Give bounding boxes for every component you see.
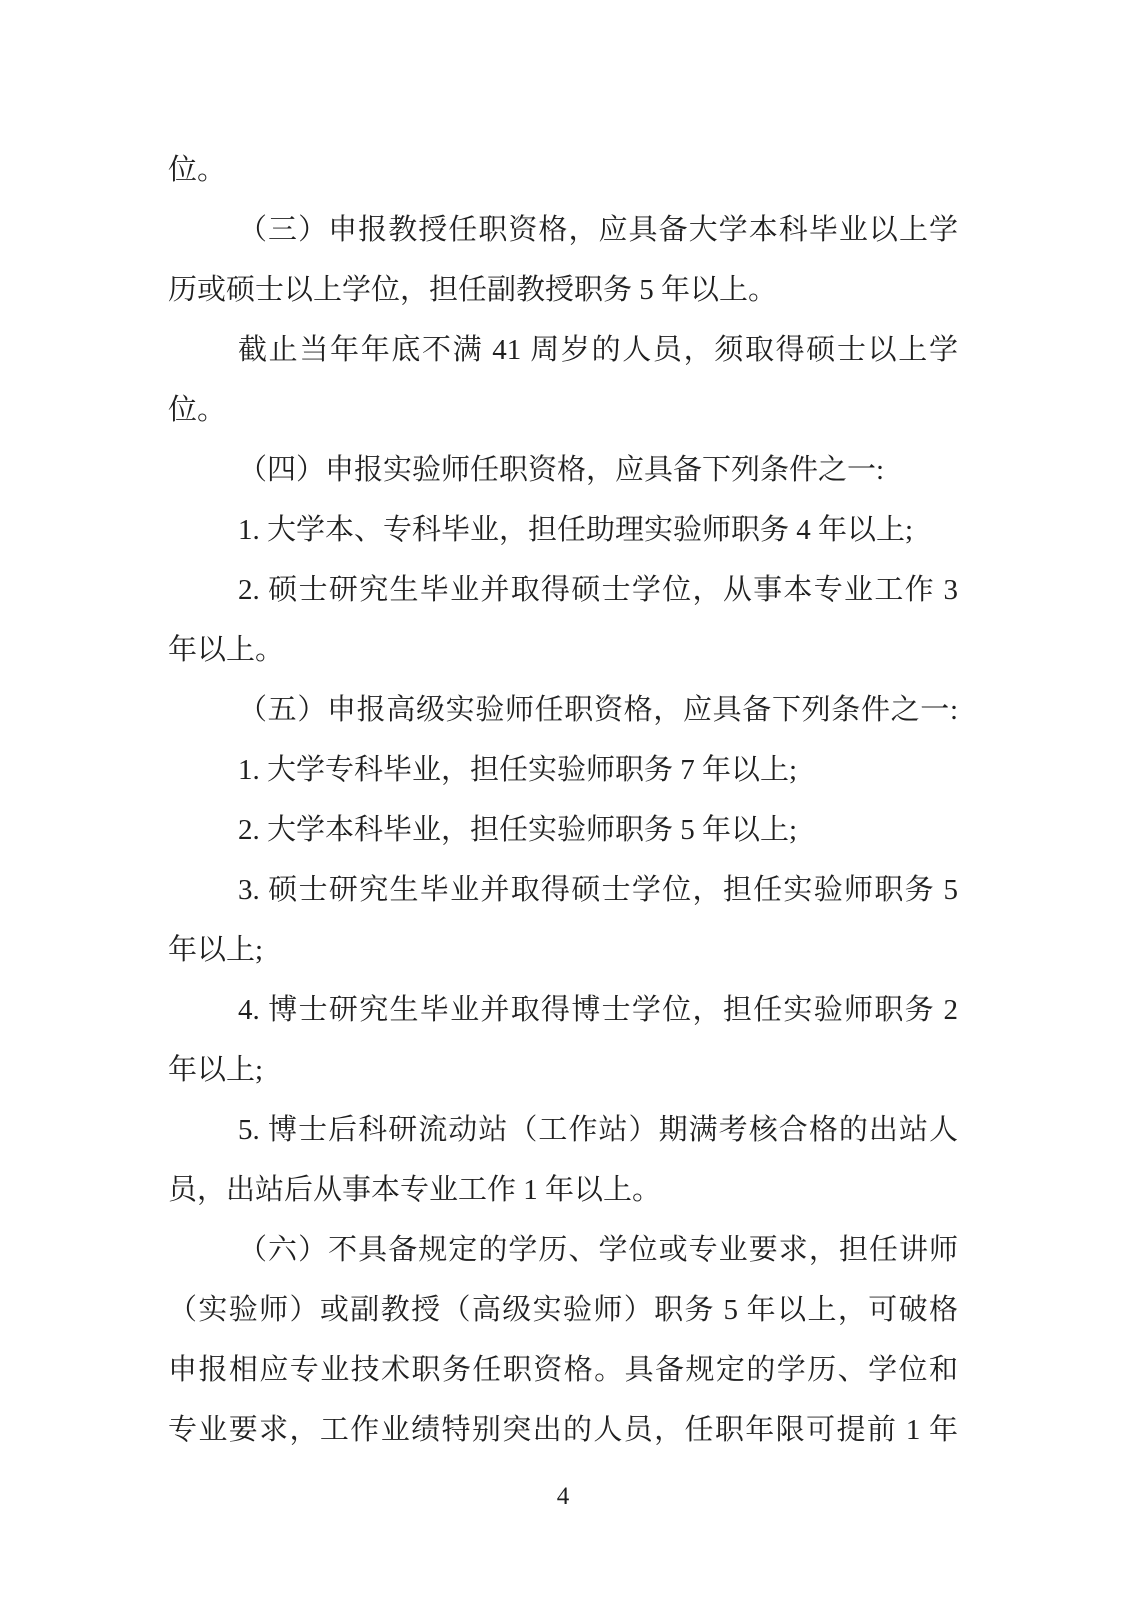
text-line: （三）申报教授任职资格，应具备大学本科毕业以上学 [168, 200, 958, 260]
text-line: 年以上; [168, 920, 958, 980]
text-line: 申报相应专业技术职务任职资格。具备规定的学历、学位和 [168, 1340, 958, 1400]
text-line: 专业要求，工作业绩特别突出的人员，任职年限可提前 1 年 [168, 1400, 958, 1460]
text-line: 截止当年年底不满 41 周岁的人员，须取得硕士以上学 [168, 320, 958, 380]
text-line: 5. 博士后科研流动站（工作站）期满考核合格的出站人 [168, 1100, 958, 1160]
text-line: 1. 大学本、专科毕业，担任助理实验师职务 4 年以上; [168, 500, 958, 560]
text-line: （实验师）或副教授（高级实验师）职务 5 年以上，可破格 [168, 1280, 958, 1340]
text-line: 4. 博士研究生毕业并取得博士学位，担任实验师职务 2 [168, 980, 958, 1040]
text-line: （六）不具备规定的学历、学位或专业要求，担任讲师 [168, 1220, 958, 1280]
text-line: （五）申报高级实验师任职资格，应具备下列条件之一: [168, 680, 958, 740]
text-line: （四）申报实验师任职资格，应具备下列条件之一: [168, 440, 958, 500]
text-line: 1. 大学专科毕业，担任实验师职务 7 年以上; [168, 740, 958, 800]
text-line: 2. 大学本科毕业，担任实验师职务 5 年以上; [168, 800, 958, 860]
text-line: 年以上; [168, 1040, 958, 1100]
text-line: 员，出站后从事本专业工作 1 年以上。 [168, 1160, 958, 1220]
document-text-block: 位。（三）申报教授任职资格，应具备大学本科毕业以上学历或硕士以上学位，担任副教授… [168, 140, 958, 1460]
text-line: 年以上。 [168, 620, 958, 680]
text-line: 历或硕士以上学位，担任副教授职务 5 年以上。 [168, 260, 958, 320]
text-line: 位。 [168, 380, 958, 440]
text-line: 2. 硕士研究生毕业并取得硕士学位，从事本专业工作 3 [168, 560, 958, 620]
text-line: 位。 [168, 140, 958, 200]
document-page: 位。（三）申报教授任职资格，应具备大学本科毕业以上学历或硕士以上学位，担任副教授… [0, 0, 1132, 1600]
page-number: 4 [168, 1480, 958, 1514]
text-line: 3. 硕士研究生毕业并取得硕士学位，担任实验师职务 5 [168, 860, 958, 920]
